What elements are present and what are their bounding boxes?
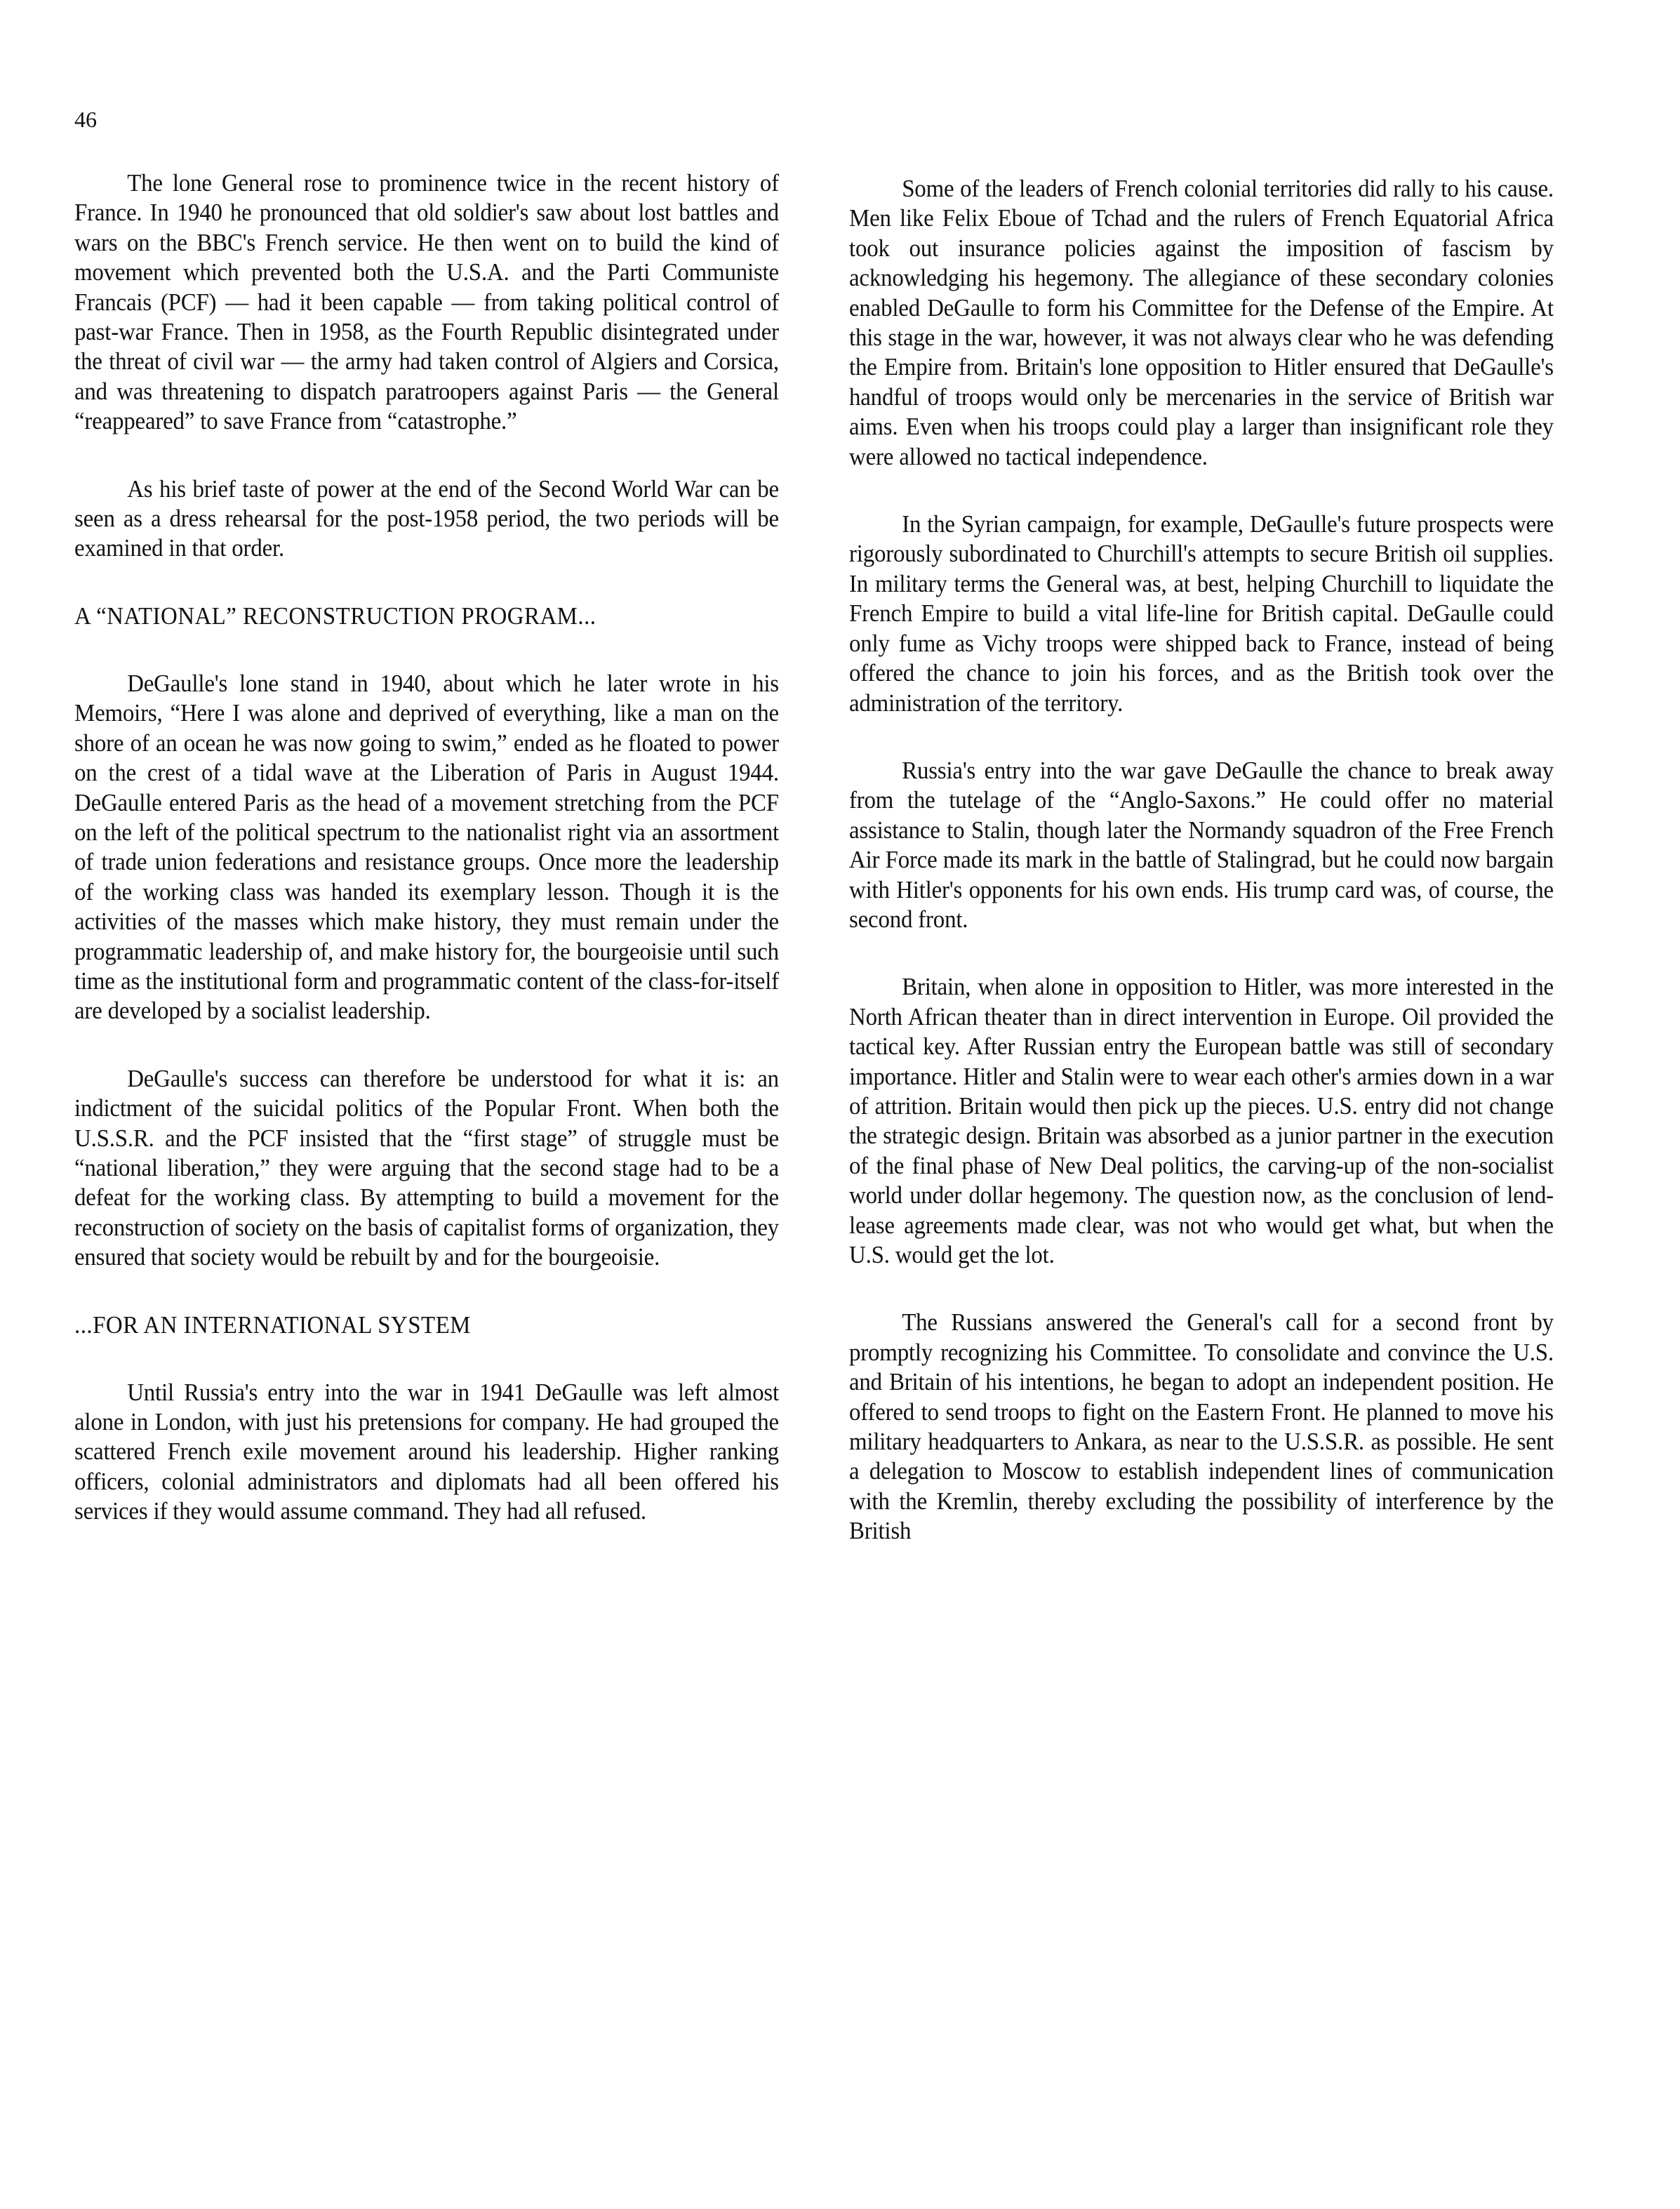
paragraph-russia-entry-1941: Until Russia's entry into the war in 194… (74, 1378, 779, 1527)
paragraph-degaulle-success: DeGaulle's success can therefore be unde… (74, 1064, 779, 1273)
left-column: The lone General rose to prominence twic… (74, 168, 779, 1565)
paragraph-lone-stand: DeGaulle's lone stand in 1940, about whi… (74, 669, 779, 1026)
page-number: 46 (74, 105, 97, 133)
section-heading-national-reconstruction: A “NATIONAL” RECONSTRUCTION PROGRAM... (74, 602, 779, 631)
right-column: Some of the leaders of French colonial t… (849, 174, 1554, 1584)
paragraph-russia-entry: Russia's entry into the war gave DeGaull… (849, 756, 1554, 934)
paragraph-russians-answered: The Russians answered the General's call… (849, 1308, 1554, 1546)
paragraph-britain-alone: Britain, when alone in opposition to Hit… (849, 972, 1554, 1270)
paragraph-colonial-leaders: Some of the leaders of French colonial t… (849, 174, 1554, 472)
section-heading-international-system: ...FOR AN INTERNATIONAL SYSTEM (74, 1311, 779, 1340)
paragraph-brief-taste: As his brief taste of power at the end o… (74, 475, 779, 564)
paragraph-syrian-campaign: In the Syrian campaign, for example, DeG… (849, 510, 1554, 718)
paragraph-lone-general: The lone General rose to prominence twic… (74, 168, 779, 437)
